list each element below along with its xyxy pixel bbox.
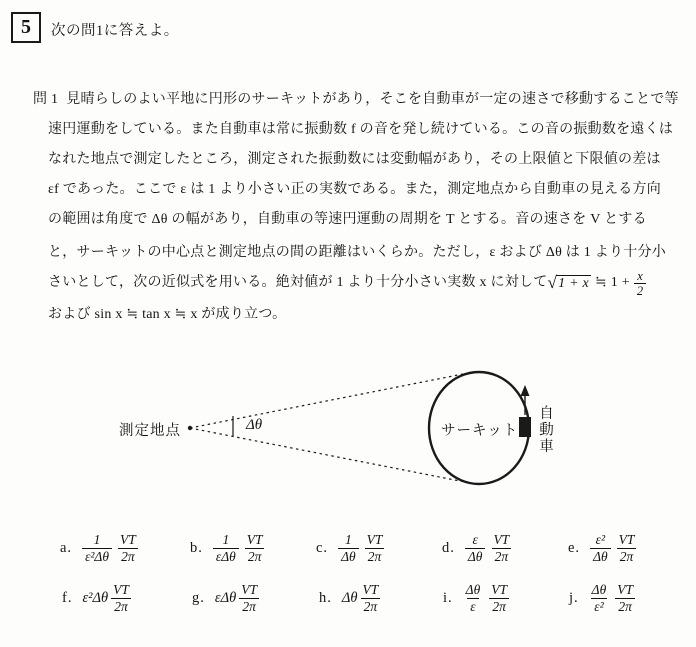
frac-den: 2π bbox=[245, 548, 265, 565]
angle-label: Δθ bbox=[246, 417, 262, 434]
frac-den: Δθ bbox=[338, 548, 359, 565]
circuit-diagram: 測定地点 Δθ サーキット 自動車 bbox=[0, 355, 696, 520]
frac-den: 2π bbox=[617, 548, 637, 565]
question-line: 速円運動をしている。また自動車は常に振動数 f の音を発し続けている。この音の振… bbox=[48, 115, 673, 145]
frac-num: VT bbox=[490, 532, 512, 548]
measure-point-label: 測定地点 bbox=[119, 419, 181, 440]
frac-den: 2π bbox=[489, 598, 509, 615]
problem-number: 5 bbox=[21, 16, 31, 39]
vt-fraction: VT2π bbox=[360, 582, 382, 615]
option-i: i. Δθε VT2π bbox=[443, 582, 510, 615]
exam-page: 5 次の問1に答えよ。 問 1見晴らしのよい平地に円形のサーキットがあり，そこを… bbox=[0, 0, 696, 647]
frac-num: VT bbox=[110, 582, 132, 598]
question-line-formula: さいとして，次の近似式を用いる。絶対値が 1 より十分小さい実数 x に対して … bbox=[48, 268, 646, 298]
frac-den: εΔθ bbox=[213, 548, 239, 565]
option-fraction: 1εΔθ bbox=[213, 532, 239, 565]
option-a: a. 1ε²Δθ VT2π bbox=[60, 532, 139, 565]
question-label: 問 1 bbox=[33, 92, 58, 107]
frac-den: ε² bbox=[591, 598, 606, 615]
frac-den: 2π bbox=[365, 548, 385, 565]
option-coefficient: ε²Δθ bbox=[82, 590, 108, 607]
question-text: 見晴らしのよい平地に円形のサーキットがあり，そこを自動車が一定の速さで移動するこ… bbox=[66, 92, 678, 107]
vt-fraction: VT2π bbox=[490, 532, 512, 565]
frac-den: 2π bbox=[615, 598, 635, 615]
question-line: の範囲は角度で Δθ の幅があり，自動車の等速円運動の周期を T とする。音の速… bbox=[48, 205, 647, 235]
fraction-numerator: x bbox=[634, 269, 646, 283]
frac-num: VT bbox=[238, 582, 260, 598]
frac-den: 2π bbox=[111, 598, 131, 615]
option-label: h. bbox=[319, 590, 332, 607]
option-b: b. 1εΔθ VT2π bbox=[190, 532, 266, 565]
frac-den: Δθ bbox=[590, 548, 611, 565]
frac-num: ε² bbox=[593, 532, 608, 548]
question-line: と，サーキットの中心点と測定地点の間の距離はいくらか。ただし，ε および Δθ … bbox=[48, 238, 666, 268]
question-line: および sin x ≒ tan x ≒ x が成り立つ。 bbox=[48, 300, 286, 330]
vt-fraction: VT2π bbox=[364, 532, 386, 565]
option-f: f. ε²Δθ VT2π bbox=[62, 582, 132, 615]
option-fraction: ε²Δθ bbox=[590, 532, 611, 565]
frac-num: VT bbox=[360, 582, 382, 598]
frac-num: 1 bbox=[342, 532, 355, 548]
approx-mid: ≒ 1 + bbox=[595, 268, 630, 298]
sqrt-content: 1 + x bbox=[556, 275, 591, 292]
option-h: h. Δθ VT2π bbox=[319, 582, 381, 615]
frac-num: 1 bbox=[219, 532, 232, 548]
option-label: d. bbox=[442, 540, 455, 557]
frac-den: 2π bbox=[239, 598, 259, 615]
frac-num: VT bbox=[117, 532, 139, 548]
frac-num: ε bbox=[469, 532, 480, 548]
car-label: 自動車 bbox=[536, 405, 553, 455]
question-line: 問 1見晴らしのよい平地に円形のサーキットがあり，そこを自動車が一定の速さで移動… bbox=[33, 85, 679, 115]
option-label: i. bbox=[443, 590, 453, 607]
option-c: c. 1Δθ VT2π bbox=[316, 532, 385, 565]
vt-fraction: VT2π bbox=[616, 532, 638, 565]
fraction-x-over-2: x 2 bbox=[634, 269, 647, 298]
frac-num: VT bbox=[616, 532, 638, 548]
diagram-drawing bbox=[0, 355, 696, 520]
frac-den: ε bbox=[467, 598, 478, 615]
option-coefficient: Δθ bbox=[342, 590, 358, 607]
option-fraction: Δθε² bbox=[589, 582, 610, 615]
car-marker bbox=[519, 417, 531, 437]
frac-num: VT bbox=[364, 532, 386, 548]
frac-num: VT bbox=[614, 582, 636, 598]
frac-den: 2π bbox=[361, 598, 381, 615]
vt-fraction: VT2π bbox=[238, 582, 260, 615]
option-e: e. ε²Δθ VT2π bbox=[568, 532, 637, 565]
frac-den: 2π bbox=[118, 548, 138, 565]
lower-sight-line bbox=[190, 428, 470, 483]
option-fraction: 1Δθ bbox=[338, 532, 359, 565]
frac-num: Δθ bbox=[589, 582, 610, 598]
option-coefficient: εΔθ bbox=[215, 590, 236, 607]
option-label: g. bbox=[192, 590, 205, 607]
question-line: εf であった。ここで ε は 1 より小さい正の実数である。また，測定地点から… bbox=[48, 175, 661, 205]
vt-fraction: VT2π bbox=[110, 582, 132, 615]
vt-fraction: VT2π bbox=[614, 582, 636, 615]
option-g: g. εΔθ VT2π bbox=[192, 582, 260, 615]
frac-num: VT bbox=[244, 532, 266, 548]
frac-num: 1 bbox=[91, 532, 104, 548]
problem-number-box: 5 bbox=[11, 12, 41, 43]
instruction-text: 次の問1に答えよ。 bbox=[51, 19, 179, 40]
measure-point-dot bbox=[188, 426, 192, 430]
option-label: e. bbox=[568, 540, 580, 557]
velocity-arrow-head bbox=[521, 385, 530, 396]
question-line: なれた地点で測定したところ，測定された振動数には変動幅があり，その上限値と下限値… bbox=[48, 145, 661, 175]
frac-den: Δθ bbox=[465, 548, 486, 565]
upper-sight-line bbox=[190, 374, 463, 428]
option-fraction: εΔθ bbox=[465, 532, 486, 565]
option-j: j. Δθε² VT2π bbox=[569, 582, 636, 615]
frac-den: 2π bbox=[492, 548, 512, 565]
vt-fraction: VT2π bbox=[488, 582, 510, 615]
option-label: j. bbox=[569, 590, 579, 607]
frac-num: Δθ bbox=[463, 582, 484, 598]
approx-text: さいとして，次の近似式を用いる。絶対値が 1 より十分小さい実数 x に対して bbox=[48, 268, 547, 298]
vt-fraction: VT2π bbox=[244, 532, 266, 565]
fraction-denominator: 2 bbox=[634, 283, 647, 298]
frac-den: ε²Δθ bbox=[82, 548, 112, 565]
option-label: c. bbox=[316, 540, 328, 557]
option-label: b. bbox=[190, 540, 203, 557]
option-fraction: Δθε bbox=[463, 582, 484, 615]
circuit-label: サーキット bbox=[441, 419, 518, 440]
option-label: a. bbox=[60, 540, 72, 557]
option-fraction: 1ε²Δθ bbox=[82, 532, 112, 565]
option-label: f. bbox=[62, 590, 72, 607]
frac-num: VT bbox=[488, 582, 510, 598]
vt-fraction: VT2π bbox=[117, 532, 139, 565]
option-d: d. εΔθ VT2π bbox=[442, 532, 512, 565]
